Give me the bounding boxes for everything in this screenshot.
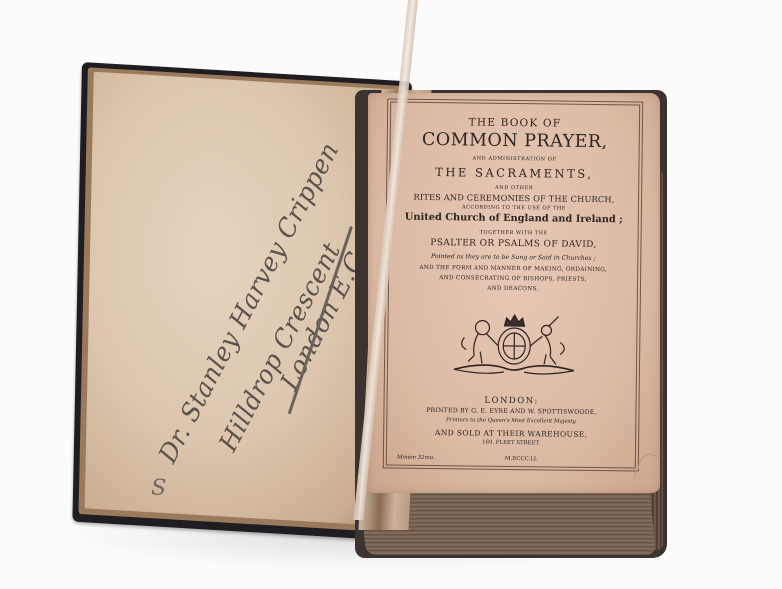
subtitle-sacraments: THE SACRAMENTS,: [390, 164, 638, 181]
handwritten-inscription: Dr. Stanley Harvey Crippen Hilldrop Cres…: [125, 114, 392, 489]
imprint-city: LONDON:: [388, 394, 636, 407]
imprint-sold: AND SOLD AT THEIR WAREHOUSE,: [387, 427, 635, 439]
imprint-printers: PRINTED BY G. E. EYRE AND W. SPOTTISWOOD…: [387, 406, 635, 416]
subtitle-together: TOGETHER WITH THE: [390, 228, 638, 237]
title-main: COMMON PRAYER,: [391, 129, 639, 152]
title-page-border: THE BOOK OF COMMON PRAYER, AND ADMINISTR…: [386, 101, 640, 468]
imprint-format: Minion 32mo.: [397, 455, 435, 461]
subtitle-pointed: Pointed as they are to be Sung or Said i…: [389, 252, 637, 262]
subtitle-form-2: AND CONSECRATING OF BISHOPS, PRIESTS,: [389, 274, 637, 283]
subtitle-admin: AND ADMINISTRATION OF: [391, 154, 639, 163]
book-photograph: Dr. Stanley Harvey Crippen Hilldrop Cres…: [0, 0, 782, 589]
subtitle-psalter: PSALTER OR PSALMS OF DAVID,: [389, 237, 637, 250]
subtitle-united-church: United Church of England and Ireland ;: [390, 211, 638, 225]
subtitle-form-1: AND THE FORM AND MANNER OF MAKING, ORDAI…: [389, 264, 637, 273]
imprint-address: 169, FLEET STREET.: [387, 438, 635, 447]
page-corner-curl: [634, 451, 660, 484]
title-small: THE BOOK OF: [391, 115, 639, 130]
subtitle-rites: RITES AND CEREMONIES OF THE CHURCH,: [390, 191, 638, 204]
imprint-year: M.DCCC.LI.: [505, 456, 538, 462]
title-page: THE BOOK OF COMMON PRAYER, AND ADMINISTR…: [368, 93, 660, 493]
imprint-royal: Printers to the Queen's Most Excellent M…: [387, 416, 635, 425]
subtitle-form-3: AND DEACONS.: [389, 284, 637, 293]
coat-of-arms-icon: [444, 311, 585, 379]
pencil-mark: S: [151, 475, 167, 501]
